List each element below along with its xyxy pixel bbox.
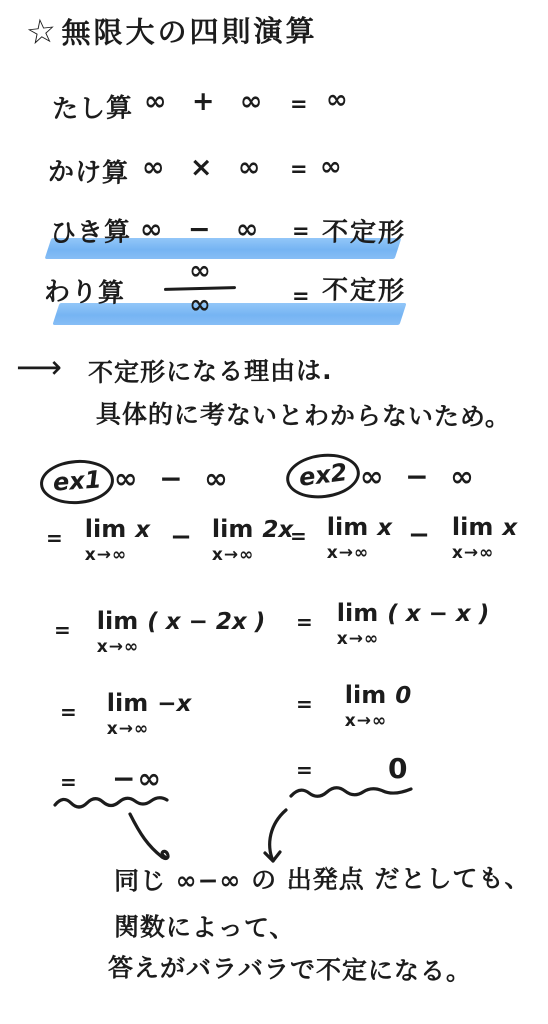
example-1-badge: ex1 — [40, 460, 114, 504]
reason-line-1: 不定形になる理由は. — [88, 351, 333, 389]
op-label: たし算 — [52, 87, 134, 125]
op-label: わり算 — [44, 271, 126, 309]
limit-block: lim2x x→∞ — [212, 516, 293, 565]
equals-sign: = — [290, 92, 308, 116]
op-expression: ∞ × ∞ — [142, 152, 260, 183]
equals-sign: = — [46, 526, 63, 550]
limit-subscript: x→∞ — [452, 543, 494, 563]
fraction-denominator: ∞ — [189, 292, 211, 318]
limit-step: = lim0 x→∞ — [296, 682, 411, 731]
equals-sign: = — [54, 618, 71, 642]
limit-argument: 2x — [262, 517, 293, 543]
op-result: ∞ — [325, 85, 350, 116]
equals-sign: = — [292, 219, 310, 243]
limit-argument: x — [502, 515, 517, 541]
equals-sign: = — [290, 157, 308, 181]
limit-word: lim — [212, 515, 253, 543]
limit-subscript: x→∞ — [337, 629, 379, 649]
star-icon: ☆ — [24, 11, 59, 54]
op-result: ∞ — [320, 152, 344, 182]
limit-argument: ( x − x ) — [387, 601, 489, 627]
limit-subscript: x→∞ — [85, 545, 127, 565]
op-expression: ∞ − ∞ — [140, 214, 258, 245]
equals-sign: = — [290, 524, 307, 548]
limit-block: limx x→∞ — [452, 514, 517, 563]
example-problem: ∞ − ∞ — [114, 462, 228, 495]
limit-argument: x — [377, 515, 392, 541]
limit-step: = limx x→∞ − lim2x x→∞ — [46, 516, 293, 565]
limit-block: limx x→∞ — [327, 514, 392, 563]
curved-arrow-down-right-icon — [120, 810, 182, 868]
limit-block: lim−x x→∞ — [107, 690, 192, 739]
limit-word: lim — [327, 513, 368, 541]
op-label: ひき算 — [50, 211, 132, 249]
limit-subscript: x→∞ — [212, 545, 254, 565]
limit-word: lim — [345, 681, 386, 709]
equals-sign: = — [292, 284, 310, 308]
limit-word: lim — [107, 689, 148, 717]
limit-step: = limx x→∞ − limx x→∞ — [290, 514, 517, 563]
conclusion-line-3: 答えがバラバラで不定になる。 — [108, 948, 472, 988]
reason-line-2: 具体的に考ないとわからないため。 — [96, 395, 511, 434]
equals-sign: = — [296, 758, 313, 782]
limit-argument: ( x − 2x ) — [147, 609, 265, 635]
op-result: 不定形 — [322, 211, 407, 249]
conclusion-line-2: 関数によって、 — [114, 907, 296, 944]
limit-word: lim — [97, 607, 138, 635]
example-2-badge: ex2 — [286, 454, 360, 498]
conclusion-line-1: 同じ ∞−∞ の 出発点 だとしても、 — [114, 859, 531, 898]
curved-arrow-down-icon — [256, 806, 298, 868]
example-badge-label: ex1 — [39, 457, 116, 506]
op-expression: ∞ + ∞ — [144, 86, 262, 117]
limit-block: lim0 x→∞ — [345, 682, 411, 731]
limit-subscript: x→∞ — [97, 637, 139, 657]
minus-sign: − — [170, 522, 192, 552]
limit-subscript: x→∞ — [107, 719, 149, 739]
limit-step: = lim( x − x ) x→∞ — [296, 600, 489, 649]
limit-argument: x — [135, 517, 150, 543]
limit-step: = lim( x − 2x ) x→∞ — [54, 608, 265, 657]
limit-block: limx x→∞ — [85, 516, 150, 565]
example-problem: ∞ − ∞ — [360, 460, 474, 493]
limit-word: lim — [452, 513, 493, 541]
equals-sign: = — [296, 692, 313, 716]
limit-step: = lim−x x→∞ — [60, 690, 191, 739]
limit-word: lim — [337, 599, 378, 627]
minus-sign: − — [408, 520, 430, 550]
equals-sign: = — [296, 610, 313, 634]
example-badge-label: ex2 — [284, 450, 363, 503]
op-label: かけ算 — [48, 151, 130, 189]
handwritten-note-canvas: ☆ 無限大の四則演算 たし算 ∞ + ∞ = ∞ かけ算 ∞ × ∞ = ∞ ひ… — [0, 0, 548, 1024]
limit-subscript: x→∞ — [327, 543, 369, 563]
fraction-numerator: ∞ — [189, 258, 211, 284]
fraction: ∞ ∞ — [164, 258, 236, 318]
limit-argument: −x — [157, 691, 191, 717]
equals-sign: = — [60, 700, 77, 724]
arrow-right-icon: ⟶ — [16, 348, 62, 386]
wavy-underline-icon — [52, 790, 174, 812]
op-result: 不定形 — [322, 269, 407, 307]
limit-block: lim( x − 2x ) x→∞ — [97, 608, 265, 657]
limit-subscript: x→∞ — [345, 711, 387, 731]
limit-argument: 0 — [395, 683, 411, 709]
limit-block: lim( x − x ) x→∞ — [337, 600, 489, 649]
wavy-underline-icon — [288, 780, 418, 802]
limit-word: lim — [85, 515, 126, 543]
page-title-text: 無限大の四則演算 — [61, 14, 317, 50]
page-title: ☆ 無限大の四則演算 — [26, 9, 318, 53]
